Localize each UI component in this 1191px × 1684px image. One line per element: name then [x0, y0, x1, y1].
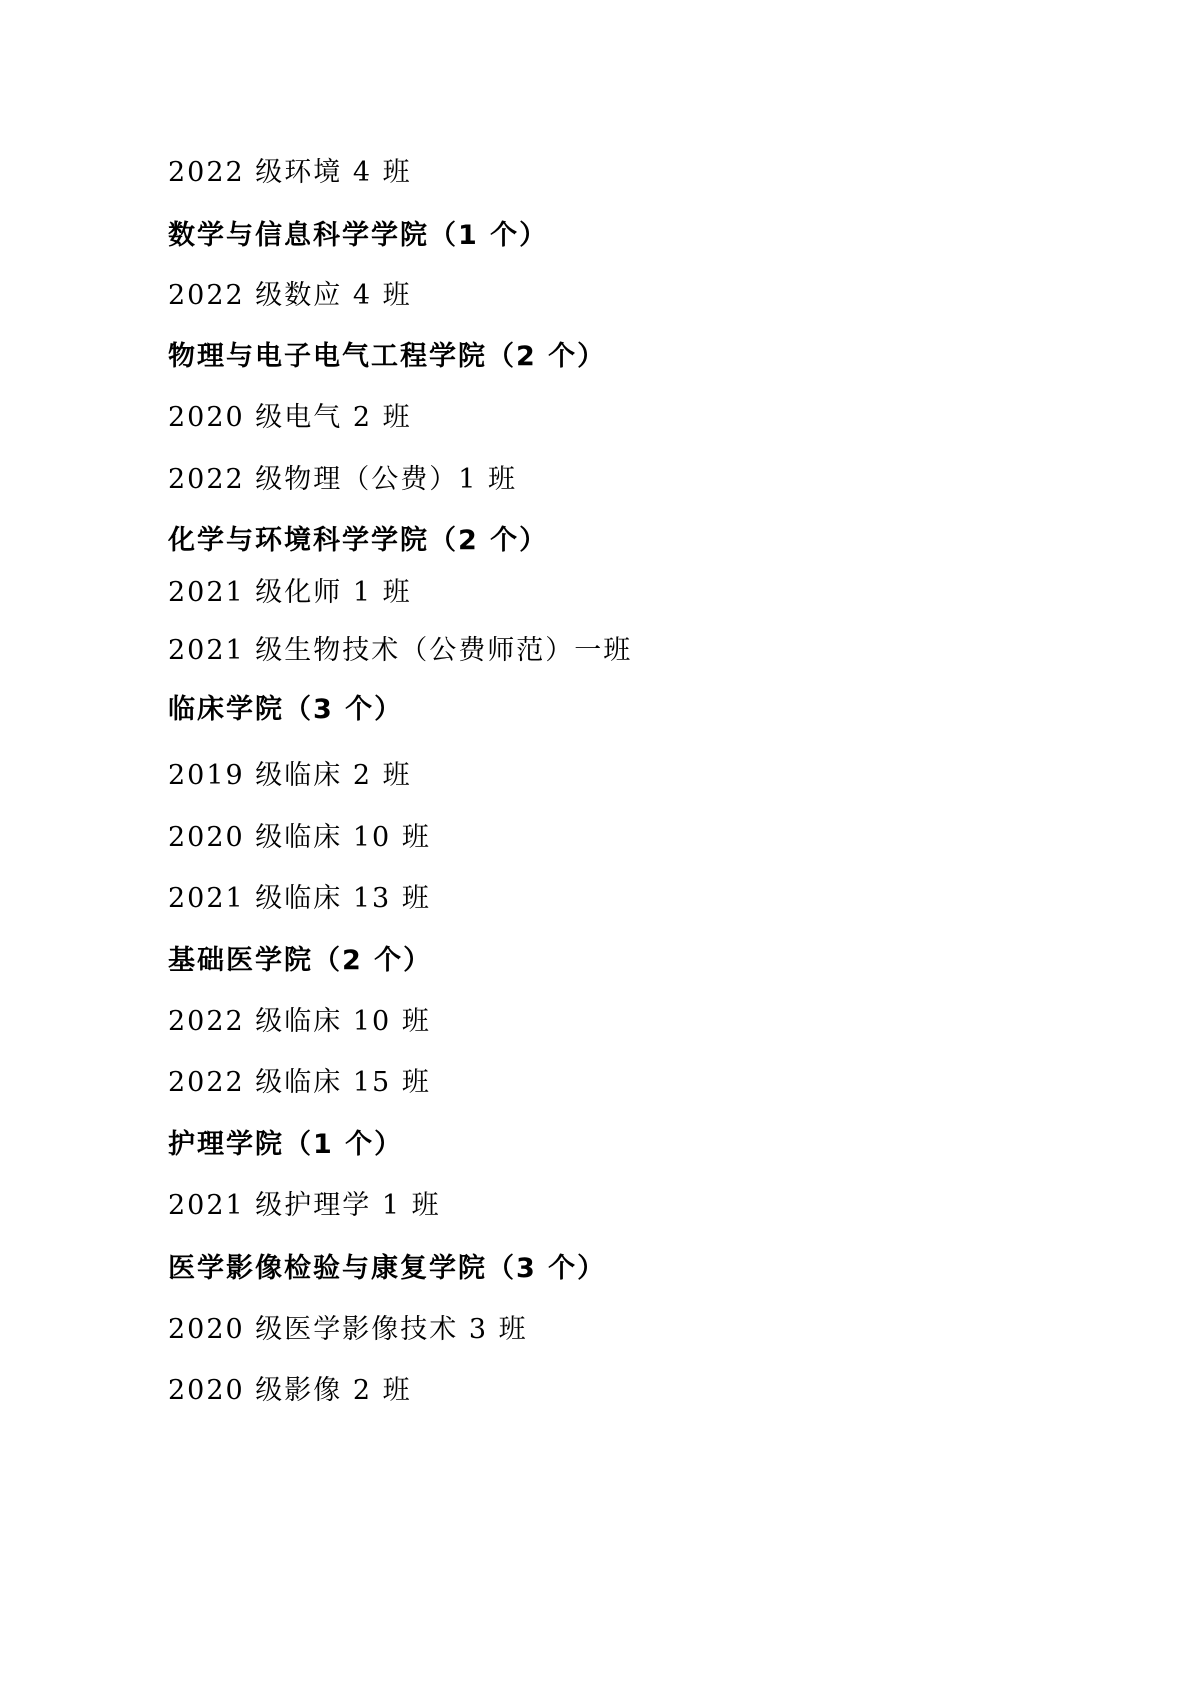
document-page: 2022 级环境 4 班 数学与信息科学学院（1 个） 2022 级数应 4 班…: [0, 0, 1191, 1684]
class-item: 2021 级生物技术（公费师范）一班: [168, 634, 632, 668]
college-heading: 数学与信息科学学院（1 个）: [168, 219, 548, 253]
class-item: 2021 级化师 1 班: [168, 576, 412, 610]
class-item: 2020 级临床 10 班: [168, 821, 431, 855]
class-item: 2022 级物理（公费）1 班: [168, 463, 517, 497]
class-item: 2022 级临床 10 班: [168, 1005, 431, 1039]
college-heading: 基础医学院（2 个）: [168, 944, 432, 978]
class-item: 2022 级数应 4 班: [168, 279, 412, 313]
college-heading: 化学与环境科学学院（2 个）: [168, 524, 548, 558]
class-item: 2022 级环境 4 班: [168, 156, 412, 190]
college-heading: 物理与电子电气工程学院（2 个）: [168, 340, 606, 374]
college-heading: 临床学院（3 个）: [168, 693, 403, 727]
college-heading: 医学影像检验与康复学院（3 个）: [168, 1252, 606, 1286]
class-item: 2021 级护理学 1 班: [168, 1189, 441, 1223]
college-heading: 护理学院（1 个）: [168, 1128, 403, 1162]
class-item: 2020 级影像 2 班: [168, 1374, 412, 1408]
class-item: 2020 级医学影像技术 3 班: [168, 1313, 528, 1347]
class-item: 2020 级电气 2 班: [168, 401, 412, 435]
class-item: 2019 级临床 2 班: [168, 759, 412, 793]
class-item: 2021 级临床 13 班: [168, 882, 431, 916]
class-item: 2022 级临床 15 班: [168, 1066, 431, 1100]
